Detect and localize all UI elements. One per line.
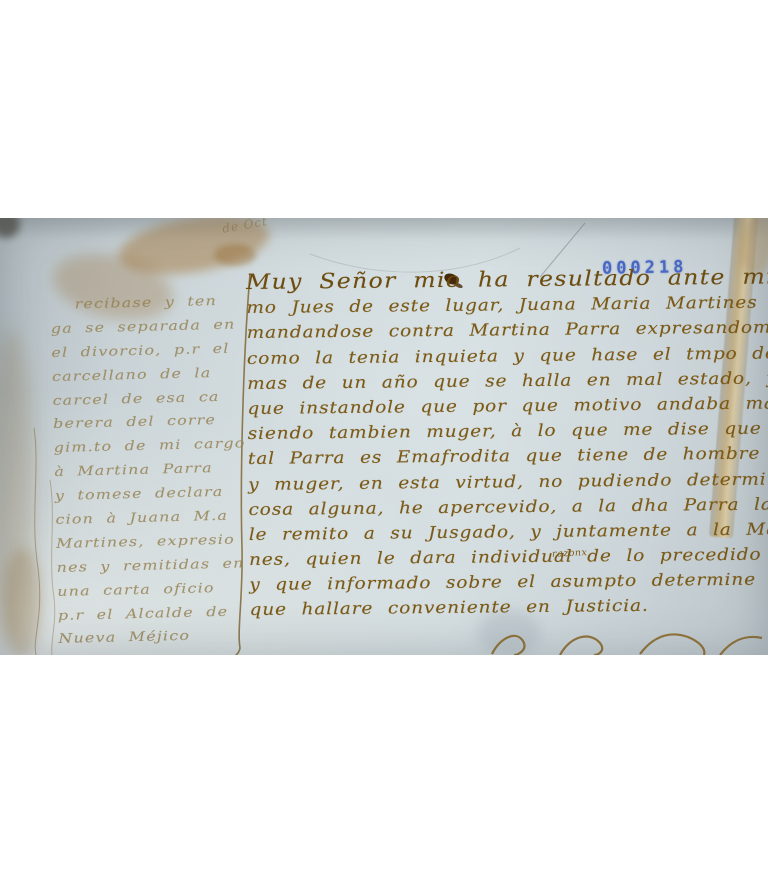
page-background: de Oct 000218 recibase y tenga se separa… xyxy=(0,0,768,876)
photo-vignette xyxy=(0,218,768,655)
manuscript-photo: de Oct 000218 recibase y tenga se separa… xyxy=(0,218,768,655)
